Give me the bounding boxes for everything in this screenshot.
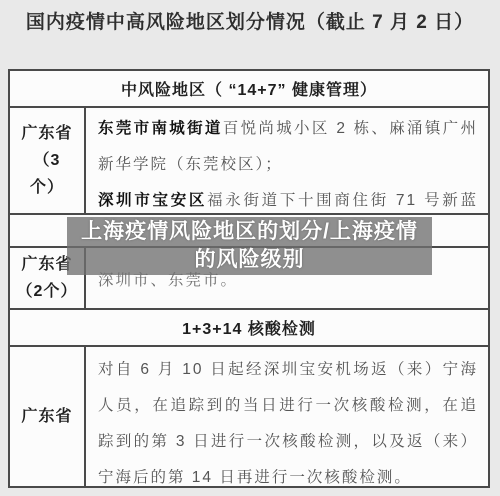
district-name: 深圳市宝安区 <box>98 192 207 209</box>
page-title: 国内疫情中高风险地区划分情况（截止 7 月 2 日） <box>0 7 500 34</box>
risk-area-table: 中风险地区（ “14+7” 健康管理） 广东省（3 个） 东莞市南城街道百悦尚城… <box>8 69 490 488</box>
section-header-nucleic-test: 1+3+14 核酸检测 <box>10 310 488 347</box>
risk-area-item: 深圳市宝安区福永街道下十围商住街 71 号新蓝天公寓。 <box>98 183 478 213</box>
test-policy-text: 对自 6 月 10 日起经深圳宝安机场返（来）宁海人员，在追踪到的当日进行一次核… <box>98 352 478 486</box>
section-header-mid-risk: 中风险地区（ “14+7” 健康管理） <box>10 71 488 108</box>
page: 国内疫情中高风险地区划分情况（截止 7 月 2 日） 中风险地区（ “14+7”… <box>0 0 500 496</box>
province-cell: 广东省（3 个） <box>10 108 86 213</box>
risk-area-item: 东莞市南城街道百悦尚城小区 2 栋、麻涌镇广州新华学院（东莞校区）； <box>98 111 478 183</box>
table-row-guangdong-3: 广东省（3 个） 东莞市南城街道百悦尚城小区 2 栋、麻涌镇广州新华学院（东莞校… <box>10 108 488 215</box>
detail-cell: 东莞市南城街道百悦尚城小区 2 栋、麻涌镇广州新华学院（东莞校区）； 深圳市宝安… <box>86 108 488 213</box>
overlay-watermark-banner: 上海疫情风险地区的划分/上海疫情 的风险级别 <box>67 217 432 275</box>
overlay-line-2: 的风险级别 <box>67 246 432 274</box>
province-cell: 广东省 <box>10 347 86 486</box>
district-name: 东莞市南城街道 <box>98 120 223 137</box>
detail-cell: 对自 6 月 10 日起经深圳宝安机场返（来）宁海人员，在追踪到的当日进行一次核… <box>86 347 488 486</box>
overlay-line-1: 上海疫情风险地区的划分/上海疫情 <box>67 218 432 246</box>
table-row-guangdong-test: 广东省 对自 6 月 10 日起经深圳宝安机场返（来）宁海人员，在追踪到的当日进… <box>10 347 488 486</box>
